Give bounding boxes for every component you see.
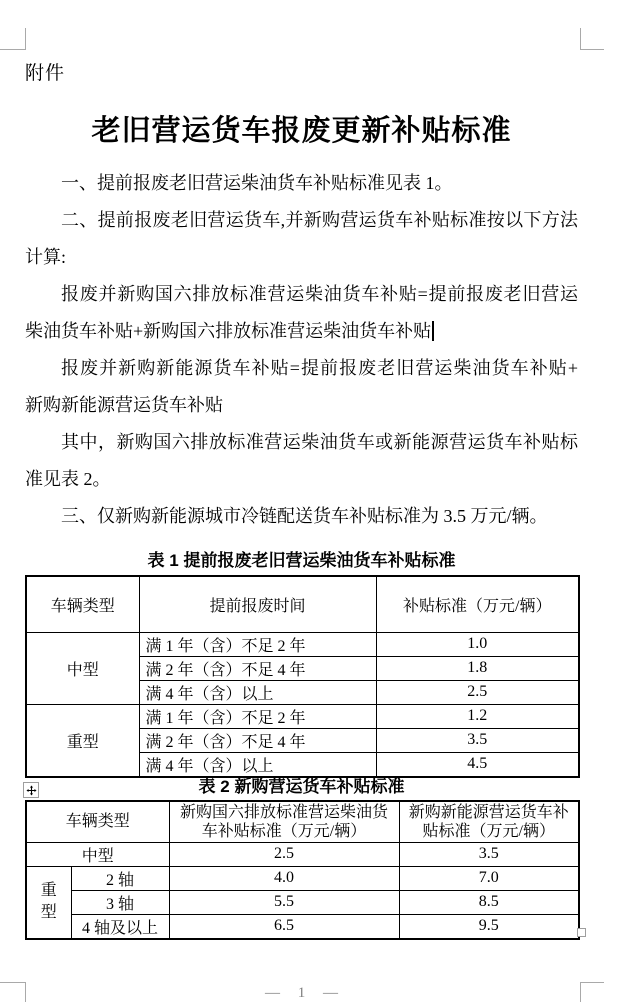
table1-header-vehicle-type: 车辆类型 xyxy=(26,576,139,632)
new-energy-subsidy-cell: 8.5 xyxy=(399,890,579,914)
paragraph-line: 二、提前报废老旧营运货车,并新购营运货车补贴标准按以下方法 xyxy=(25,202,578,239)
vehicle-type-cell: 中型 xyxy=(26,842,169,866)
table-row: 中型 2.5 3.5 xyxy=(26,842,579,866)
paragraph-line: 柴油货车补贴+新购国六排放标准营运柴油货车补贴 xyxy=(25,313,578,350)
table2-header-new-energy-subsidy: 新购新能源营运货车补贴标准（万元/辆） xyxy=(399,801,579,842)
paragraph-line: 三、仅新购新能源城市冷链配送货车补贴标准为 3.5 万元/辆。 xyxy=(25,498,578,535)
table-row: 4 轴及以上 6.5 9.5 xyxy=(26,914,579,939)
attachment-label: 附件 xyxy=(25,58,65,85)
axle-cell: 2 轴 xyxy=(71,866,169,890)
axle-cell: 4 轴及以上 xyxy=(71,914,169,939)
table2-header-vehicle-type: 车辆类型 xyxy=(26,801,169,842)
scrap-time-cell: 满 1 年（含）不足 2 年 xyxy=(139,704,376,728)
new-energy-subsidy-cell: 3.5 xyxy=(399,842,579,866)
table-row: 3 轴 5.5 8.5 xyxy=(26,890,579,914)
paragraph-line: 其中，新购国六排放标准营运柴油货车或新能源营运货车补贴标 xyxy=(25,424,578,461)
vehicle-type-cell: 中型 xyxy=(26,632,139,704)
crop-mark-top-right xyxy=(580,28,604,50)
table2-header-diesel-subsidy: 新购国六排放标准营运柴油货车补贴标准（万元/辆） xyxy=(169,801,399,842)
table-row: 中型 满 1 年（含）不足 2 年 1.0 xyxy=(26,632,579,656)
paragraph-line: 准见表 2。 xyxy=(25,461,578,498)
body-text: 一、提前报废老旧营运柴油货车补贴标准见表 1。 二、提前报废老旧营运货车,并新购… xyxy=(25,165,578,535)
subsidy-cell: 1.2 xyxy=(376,704,579,728)
subsidy-cell: 2.5 xyxy=(376,680,579,704)
table2-caption: 表 2 新购营运货车补贴标准 xyxy=(25,772,578,797)
diesel-subsidy-cell: 4.0 xyxy=(169,866,399,890)
scrap-time-cell: 满 1 年（含）不足 2 年 xyxy=(139,632,376,656)
page-number: — 1 — xyxy=(25,985,578,1002)
paragraph-line: 计算: xyxy=(25,239,578,276)
paragraph-line-text: 柴油货车补贴+新购国六排放标准营运柴油货车补贴 xyxy=(25,321,431,341)
document-page: 附件 老旧营运货车报废更新补贴标准 一、提前报废老旧营运柴油货车补贴标准见表 1… xyxy=(0,0,626,1002)
paragraph-line: 报废并新购新能源货车补贴=提前报废老旧营运柴油货车补贴+ xyxy=(25,350,578,387)
diesel-subsidy-cell: 6.5 xyxy=(169,914,399,939)
scrap-time-cell: 满 4 年（含）以上 xyxy=(139,680,376,704)
crop-mark-bottom-left xyxy=(0,982,26,1002)
diesel-subsidy-cell: 5.5 xyxy=(169,890,399,914)
crop-mark-bottom-right xyxy=(580,982,604,1002)
table-row: 车辆类型 新购国六排放标准营运柴油货车补贴标准（万元/辆） 新购新能源营运货车补… xyxy=(26,801,579,842)
table1-header-subsidy: 补贴标准（万元/辆） xyxy=(376,576,579,632)
paragraph-line: 报废并新购国六排放标准营运柴油货车补贴=提前报废老旧营运 xyxy=(25,276,578,313)
crop-mark-top-left xyxy=(0,28,26,50)
table-2: 车辆类型 新购国六排放标准营运柴油货车补贴标准（万元/辆） 新购新能源营运货车补… xyxy=(25,800,580,940)
vehicle-type-cell: 重型 xyxy=(26,866,71,939)
table-resize-handle[interactable] xyxy=(577,928,586,937)
text-cursor xyxy=(432,321,434,341)
subsidy-cell: 1.8 xyxy=(376,656,579,680)
vehicle-type-vertical-label: 重型 xyxy=(40,880,58,923)
new-energy-subsidy-cell: 7.0 xyxy=(399,866,579,890)
table-row: 重型 2 轴 4.0 7.0 xyxy=(26,866,579,890)
page-title: 老旧营运货车报废更新补贴标准 xyxy=(25,108,578,149)
table-row: 重型 满 1 年（含）不足 2 年 1.2 xyxy=(26,704,579,728)
table-move-handle[interactable] xyxy=(23,782,39,798)
diesel-subsidy-cell: 2.5 xyxy=(169,842,399,866)
paragraph-line: 一、提前报废老旧营运柴油货车补贴标准见表 1。 xyxy=(25,165,578,202)
table1-caption: 表 1 提前报废老旧营运柴油货车补贴标准 xyxy=(25,546,578,571)
new-energy-subsidy-cell: 9.5 xyxy=(399,914,579,939)
paragraph-line: 新购新能源营运货车补贴 xyxy=(25,387,578,424)
axle-cell: 3 轴 xyxy=(71,890,169,914)
subsidy-cell: 1.0 xyxy=(376,632,579,656)
vehicle-type-cell: 重型 xyxy=(26,704,139,777)
scrap-time-cell: 满 2 年（含）不足 4 年 xyxy=(139,656,376,680)
table-row: 车辆类型 提前报废时间 补贴标准（万元/辆） xyxy=(26,576,579,632)
move-icon xyxy=(26,785,37,796)
subsidy-cell: 3.5 xyxy=(376,728,579,752)
table-1: 车辆类型 提前报废时间 补贴标准（万元/辆） 中型 满 1 年（含）不足 2 年… xyxy=(25,575,580,778)
table1-header-scrap-time: 提前报废时间 xyxy=(139,576,376,632)
scrap-time-cell: 满 2 年（含）不足 4 年 xyxy=(139,728,376,752)
